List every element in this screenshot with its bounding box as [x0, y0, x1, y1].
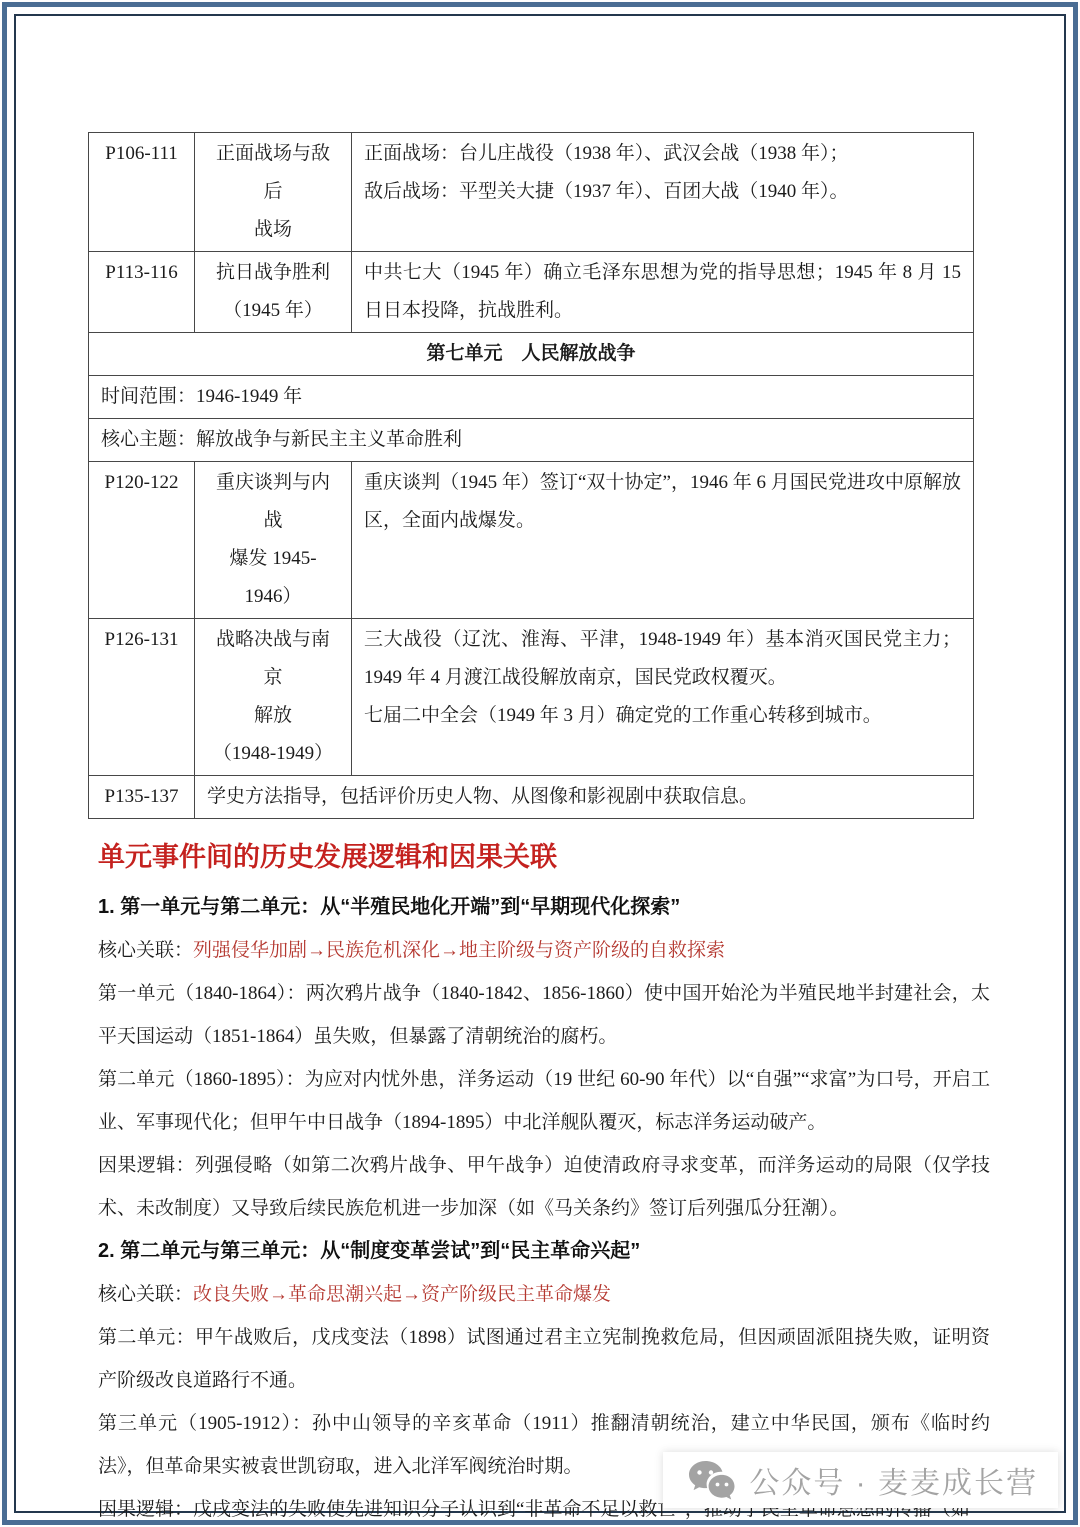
paragraph: 第二单元（1860-1895）：为应对内忧外患，洋务运动（19 世纪 60-90… [98, 1058, 990, 1144]
page-content: P106-111 正面战场与敌后 战场 正面战场：台儿庄战役（1938 年）、武… [88, 132, 990, 1527]
section-2-relation: 核心关联：改良失败→革命思潮兴起→资产阶级民主革命爆发 [98, 1273, 990, 1316]
page-range-cell: P106-111 [89, 133, 195, 252]
topic-line: 重庆谈判与内战 [207, 464, 339, 540]
page-range-cell: P113-116 [89, 252, 195, 333]
relation-label: 核心关联： [98, 940, 193, 961]
topic-line: 战场 [207, 211, 339, 249]
table-row-unit-header: 第七单元 人民解放战争 [89, 333, 974, 376]
analysis-heading: 单元事件间的历史发展逻辑和因果关联 [98, 835, 990, 874]
time-range-cell: 时间范围：1946-1949 年 [89, 376, 974, 419]
topic-cell: 战略决战与南京 解放 （1948-1949） [195, 619, 352, 776]
page-range-cell: P135-137 [89, 776, 195, 819]
paragraph: 第一单元（1840-1864）：两次鸦片战争（1840-1842、1856-18… [98, 972, 990, 1058]
topic-line: 解放 [207, 697, 339, 735]
table-row-core-theme: 核心主题：解放战争与新民主主义革命胜利 [89, 419, 974, 462]
detail-line: 三大战役（辽沈、淮海、平津，1948-1949 年）基本消灭国民党主力；1949… [364, 621, 961, 697]
detail-line: 敌后战场：平型关大捷（1937 年）、百团大战（1940 年）。 [364, 173, 961, 211]
wechat-icon [687, 1459, 735, 1501]
topic-line: 抗日战争胜利 [207, 254, 339, 292]
topic-line: （1948-1949） [207, 735, 339, 773]
topic-line: 爆发 1945-1946） [207, 540, 339, 616]
analysis-section: 单元事件间的历史发展逻辑和因果关联 1. 第一单元与第二单元：从“半殖民地化开端… [88, 835, 990, 1527]
topic-line: 正面战场与敌后 [207, 135, 339, 211]
section-1-relation: 核心关联：列强侵华加剧→民族危机深化→地主阶级与资产阶级的自救探索 [98, 929, 990, 972]
topic-cell: 正面战场与敌后 战场 [195, 133, 352, 252]
detail-cell: 重庆谈判（1945 年）签订“双十协定”，1946 年 6 月国民党进攻中原解放… [352, 462, 974, 619]
unit-header-cell: 第七单元 人民解放战争 [89, 333, 974, 376]
core-theme-cell: 核心主题：解放战争与新民主主义革命胜利 [89, 419, 974, 462]
topic-line: （1945 年） [207, 292, 339, 330]
detail-cell: 中共七大（1945 年）确立毛泽东思想为党的指导思想；1945 年 8 月 15… [352, 252, 974, 333]
detail-cell: 正面战场：台儿庄战役（1938 年）、武汉会战（1938 年）； 敌后战场：平型… [352, 133, 974, 252]
relation-chain: 列强侵华加剧→民族危机深化→地主阶级与资产阶级的自救探索 [193, 940, 725, 961]
relation-label: 核心关联： [98, 1284, 193, 1305]
watermark-text: 公众号 · 麦麦成长营 [749, 1458, 1038, 1502]
table-row: P106-111 正面战场与敌后 战场 正面战场：台儿庄战役（1938 年）、武… [89, 133, 974, 252]
page-range-cell: P126-131 [89, 619, 195, 776]
paragraph: 第二单元：甲午战败后，戊戌变法（1898）试图通过君主立宪制挽救危局，但因顽固派… [98, 1316, 990, 1402]
table-row: P120-122 重庆谈判与内战 爆发 1945-1946） 重庆谈判（1945… [89, 462, 974, 619]
detail-cell: 三大战役（辽沈、淮海、平津，1948-1949 年）基本消灭国民党主力；1949… [352, 619, 974, 776]
detail-line: 中共七大（1945 年）确立毛泽东思想为党的指导思想；1945 年 8 月 15… [364, 254, 961, 330]
relation-chain: 改良失败→革命思潮兴起→资产阶级民主革命爆发 [193, 1284, 611, 1305]
topic-line: 战略决战与南京 [207, 621, 339, 697]
history-unit-table: P106-111 正面战场与敌后 战场 正面战场：台儿庄战役（1938 年）、武… [88, 132, 974, 819]
page-range-cell: P120-122 [89, 462, 195, 619]
detail-cell: 学史方法指导，包括评价历史人物、从图像和影视剧中获取信息。 [195, 776, 974, 819]
topic-cell: 重庆谈判与内战 爆发 1945-1946） [195, 462, 352, 619]
watermark-badge: 公众号 · 麦麦成长营 [663, 1452, 1058, 1508]
paragraph: 因果逻辑：列强侵略（如第二次鸦片战争、甲午战争）迫使清政府寻求变革，而洋务运动的… [98, 1144, 990, 1230]
table-row: P113-116 抗日战争胜利 （1945 年） 中共七大（1945 年）确立毛… [89, 252, 974, 333]
section-2-title: 2. 第二单元与第三单元：从“制度变革尝试”到“民主革命兴起” [98, 1230, 990, 1273]
table-row-time-range: 时间范围：1946-1949 年 [89, 376, 974, 419]
topic-cell: 抗日战争胜利 （1945 年） [195, 252, 352, 333]
table-row: P135-137 学史方法指导，包括评价历史人物、从图像和影视剧中获取信息。 [89, 776, 974, 819]
table-row: P126-131 战略决战与南京 解放 （1948-1949） 三大战役（辽沈、… [89, 619, 974, 776]
section-1-title: 1. 第一单元与第二单元：从“半殖民地化开端”到“早期现代化探索” [98, 886, 990, 929]
detail-line: 正面战场：台儿庄战役（1938 年）、武汉会战（1938 年）； [364, 135, 961, 173]
detail-line: 七届二中全会（1949 年 3 月）确定党的工作重心转移到城市。 [364, 697, 961, 735]
detail-line: 重庆谈判（1945 年）签订“双十协定”，1946 年 6 月国民党进攻中原解放… [364, 464, 961, 540]
